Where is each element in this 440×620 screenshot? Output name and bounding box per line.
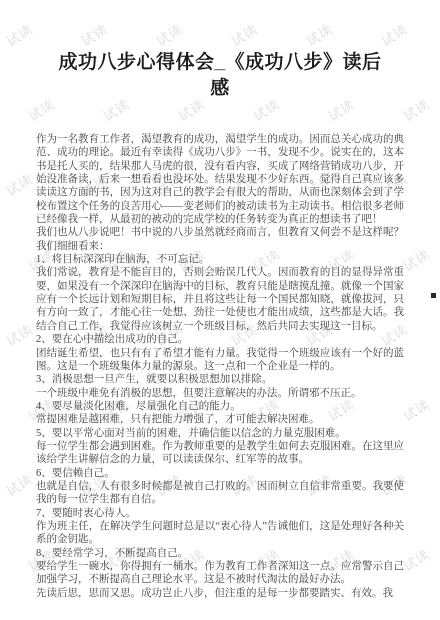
paragraph: 也就是自信，人有很多时候都是被自己打败的。因而树立自信非常重要。我要使我的每一位… (36, 480, 404, 507)
paragraph: 一个班级中难免有消极的思想，但要注意解决的办法。所谓邪不压正。 (36, 387, 404, 400)
paragraph: 作为班主任，在解决学生问题时总是以“衷心待人”告诫他们，这是处理好各种关系的金钥… (36, 520, 404, 547)
paragraph: 我们也从八步说吧！书中说的八步虽然就经商而言，但教育又何尝不是这样呢？我们细细看… (36, 226, 404, 253)
watermark-text: 试读 (227, 19, 261, 50)
watermark-text: 试读 (2, 319, 36, 350)
paragraph: 先读后思，思而又思。成功岂止八步，但注重的是每一步都要踏实、有效。我 (36, 587, 404, 600)
paragraph: 8、要经常学习，不断提高自己。 (36, 547, 404, 560)
watermark-text: 试读 (377, 19, 411, 50)
watermark-text: 试读 (399, 94, 433, 125)
paragraph: 6、要信赖自己。 (36, 467, 404, 480)
document-page: 试读试读试读试读试读试读试读试读试读试读试读试读试读试读试读试读试读试读试读试读… (0, 0, 440, 620)
paragraph: 要给学生一碗水，你得拥有一桶水。作为教育工作者深知这一点。应常警示自己加强学习，… (36, 560, 404, 587)
paragraph: 作为一名教育工作者，渴望教育的成功，渴望学生的成功。因而总关心成功的典范、成功的… (36, 133, 404, 226)
edge-mark (431, 293, 436, 298)
watermark-text: 试读 (24, 94, 58, 125)
watermark-text: 试读 (399, 544, 433, 575)
paragraph: 5、要以平常心面对当前的困难，并确信能以信念的力量克服困难。 (36, 427, 404, 440)
paragraph: 常提困难是越困难，只有把能力增强了，才可能去解决困难。 (36, 413, 404, 426)
document-body: 作为一名教育工作者，渴望教育的成功，渴望学生的成功。因而总关心成功的典范、成功的… (36, 133, 404, 600)
paragraph: 3、消极思想一旦产生，就要以积极思想加以排除。 (36, 373, 404, 386)
watermark-text: 试读 (2, 469, 36, 500)
paragraph: 团结诞生希望，也只有有了希望才能有力量。我觉得一个班级应该有一个好的蓝图。这是一… (36, 347, 404, 374)
paragraph: 1、将目标深深印在脑海，不可忘记。 (36, 253, 404, 266)
watermark-text: 试读 (302, 19, 336, 50)
watermark-text: 试读 (399, 394, 433, 425)
page-title: 成功八步心得体会_《成功八步》读后感 (54, 50, 386, 102)
paragraph: 4、要尽量淡化困难，尽量强化自己的能力。 (36, 400, 404, 413)
paragraph: 每一位学生都会遇到困难。作为教师重要的是教学生如何去克服困难。在这里应该给学生讲… (36, 440, 404, 467)
watermark-text: 试读 (2, 169, 36, 200)
paragraph: 我们常说，教育是不能盲目的，否则会贻误几代人。因而教育的目的显得异常重要，如果没… (36, 266, 404, 333)
paragraph: 2、要在心中描绘出成功的自己。 (36, 333, 404, 346)
watermark-text: 试读 (399, 244, 433, 275)
watermark-text: 试读 (77, 19, 111, 50)
paragraph: 7、要随时衷心待人。 (36, 507, 404, 520)
watermark-text: 试读 (2, 19, 36, 50)
watermark-text: 试读 (152, 19, 186, 50)
